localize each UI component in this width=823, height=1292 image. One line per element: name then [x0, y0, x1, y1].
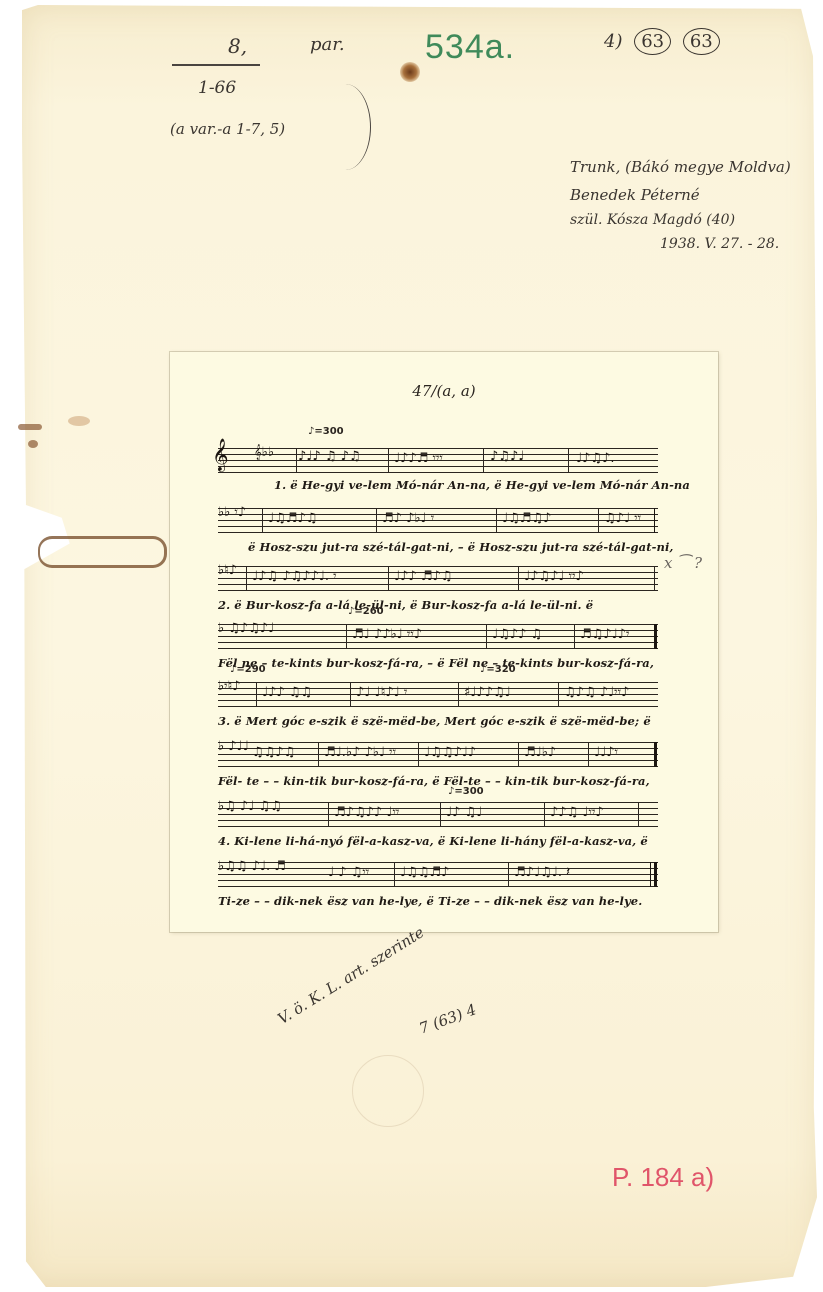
provenance-maiden-name: szül. Kósza Magdó (40) [570, 212, 735, 228]
music-staff: ♭♫♫ ♪♩. ♬ ♩ ♪ ♫𝄾𝄾 ♩♫♫♬♪ ♬♪♩♫♩. 𝄽 [218, 862, 658, 888]
lyric-line: Fël ne – te-kints bur-kosz-fá-ra, – ë Fë… [218, 656, 654, 670]
tempo-marking: ♪=320 [480, 664, 516, 675]
provenance-singer: Benedek Péterné [570, 186, 700, 204]
music-staff: 𝄞 𝄞♭♭ ♪♩♪ ♫ ♪♫ ♩♪♪♬ 𝄾𝄾𝄾 ♪♫♪♩ ♩♪♫♪. [218, 448, 658, 474]
top-right-marks: 4) 63 63 [604, 28, 720, 55]
treble-clef-icon: 𝄞 [212, 441, 229, 469]
music-staff: ♭ ♪♩♩ ♫♫♪♫ ♬♩.♭♪ ♪♭♩ 𝄾𝄾 ♩♫♫♪♩♪ ♬♩♭♪ ♩♩♪𝄾 [218, 742, 658, 768]
edge-stain [28, 440, 38, 448]
music-staff: ♭♫ ♪♩ ♫♫ ♬♪♫♪♪ ♩𝄾𝄾 ♩♪ ♫♩ ♪♪♫ ♩𝄾𝄾♪ [218, 802, 658, 828]
song-number-title: 47/(a, a) [170, 382, 718, 400]
tempo-marking: ♪=300 [308, 426, 344, 437]
circled-number: 63 [683, 28, 720, 55]
fraction-line [172, 64, 260, 66]
staff-system-2: ♭♭ 𝄾♪ ♩♫♬♪♫ ♬♪ ♪♭♩ 𝄾 ♩♫♬♫♪ ♫♪♩ 𝄾𝄾 ë Hosz… [218, 508, 658, 534]
lyric-line: 1. ë He-gyi ve-lem Mó-nár An-na, ë He-gy… [274, 478, 690, 492]
lyric-line: 2. ë Bur-kosz-fa a-lá le-ül-ni, ë Bur-ko… [218, 598, 593, 612]
staff-system-1: ♪=300 𝄞 𝄞♭♭ ♪♩♪ ♫ ♪♫ ♩♪♪♬ 𝄾𝄾𝄾 ♪♫♪♩ ♩♪♫♪.… [218, 448, 658, 474]
tempo-marking: ♪=300 [448, 786, 484, 797]
provenance-date: 1938. V. 27. - 28. [660, 236, 779, 252]
section-mark: 4) [604, 31, 622, 52]
bracket-arc [320, 84, 371, 170]
staff-system-4: ♪=260 ♭ ♫♪♫♪♩ ♬♩ ♪♪♭♩ 𝄾𝄾♪ ♩♫♪♪ ♫ ♬♫♪♩♪𝄾 … [218, 624, 658, 650]
music-staff: ♭ ♫♪♫♪♩ ♬♩ ♪♪♭♩ 𝄾𝄾♪ ♩♫♪♪ ♫ ♬♫♪♩♪𝄾 [218, 624, 658, 650]
faded-stamp [352, 1055, 424, 1127]
music-staff: ♭♭ 𝄾♪ ♩♫♬♪♫ ♬♪ ♪♭♩ 𝄾 ♩♫♬♫♪ ♫♪♩ 𝄾𝄾 [218, 508, 658, 534]
lyric-line: 4. Ki-lene li-há-nyó fël-a-kasz-va, ë Ki… [218, 834, 648, 848]
abbrev-note: par. [310, 34, 345, 55]
staff-system-8: ♭♫♫ ♪♩. ♬ ♩ ♪ ♫𝄾𝄾 ♩♫♫♬♪ ♬♪♩♫♩. 𝄽 Ti-ze –… [218, 862, 658, 888]
music-staff: ♭♮♪ ♩♪♫ ♪♫♪♪♩. 𝄾 ♩♪♪ ♬♪♫ ♩♪♫♪♩ 𝄾𝄾♪ [218, 566, 658, 592]
rust-stain [400, 62, 420, 82]
lyric-line: ë Hosz-szu jut-ra szé-tál-gat-ni, – ë Ho… [248, 540, 674, 554]
staff-system-3: ♭♮♪ ♩♪♫ ♪♫♪♪♩. 𝄾 ♩♪♪ ♬♪♫ ♩♪♫♪♩ 𝄾𝄾♪ 2. ë … [218, 566, 658, 592]
lyric-line: Ti-ze – – dik-nek ësz van he-lye, ë Ti-z… [218, 894, 642, 908]
fraction-numerator: 8, [228, 34, 247, 58]
variant-note: (a var.-a 1-7, 5) [170, 120, 285, 138]
staff-system-5: ♪=290 ♪=320 ♭𝄾♮♪ ♩♪♪ ♫♫ ♪♩ ♩♮♪♩ 𝄾 ♯♩♪♪♫♩… [218, 682, 658, 708]
edge-stain [18, 424, 42, 430]
provenance-place: Trunk, (Bákó megye Moldva) [570, 158, 791, 176]
circled-number: 63 [634, 28, 671, 55]
staff-system-6: ♭ ♪♩♩ ♫♫♪♫ ♬♩.♭♪ ♪♭♩ 𝄾𝄾 ♩♫♫♪♩♪ ♬♩♭♪ ♩♩♪𝄾… [218, 742, 658, 768]
tempo-marking: ♪=290 [230, 664, 266, 675]
margin-query-note: x ⁀ ? [664, 554, 702, 572]
fraction-denominator: 1-66 [198, 78, 236, 98]
paperclip-stain [38, 536, 167, 568]
lyric-line: 3. ë Mert góc e-szik ë szë-mëd-be, Mert … [218, 714, 651, 728]
lyric-line: Fël- te – – kin-tik bur-kosz-fá-ra, ë Fë… [218, 774, 650, 788]
shelf-mark: P. 184 a) [612, 1162, 714, 1193]
music-transcription-card: 47/(a, a) ♪=300 𝄞 𝄞♭♭ ♪♩♪ ♫ ♪♫ ♩♪♪♬ 𝄾𝄾𝄾 … [170, 352, 718, 932]
staff-system-7: ♪=300 ♭♫ ♪♩ ♫♫ ♬♪♫♪♪ ♩𝄾𝄾 ♩♪ ♫♩ ♪♪♫ ♩𝄾𝄾♪ … [218, 802, 658, 828]
tempo-marking: ♪=260 [348, 606, 384, 617]
edge-stain [68, 416, 90, 426]
catalog-number: 534a. [425, 28, 515, 67]
music-staff: ♭𝄾♮♪ ♩♪♪ ♫♫ ♪♩ ♩♮♪♩ 𝄾 ♯♩♪♪♫♩ ♫♪♫ ♪♩𝄾𝄾♪ [218, 682, 658, 708]
